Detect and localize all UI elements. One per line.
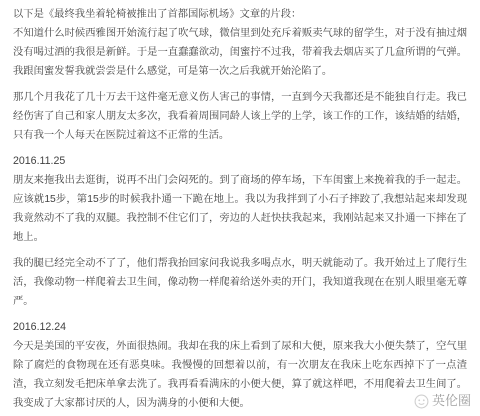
date-label-2016-11-25: 2016.11.25 bbox=[13, 152, 467, 171]
paragraph-christmas-eve: 今天是美国的平安夜，外面很热闹。我却在我的床上看到了尿和大便，原来我大小便失禁了… bbox=[13, 337, 467, 413]
paragraph-consequences: 那几个月我花了几十万去干这件毫无意义伤人害己的事情，一直到今天我都还是不能独自行… bbox=[13, 88, 467, 145]
paragraph-balloon-intro: 不知道什么时候西雅图开始流行起了吹气球，微信里到处充斥着贩卖气球的留学生，对于没… bbox=[13, 24, 467, 81]
article-page: 以下是《最终我坐着轮椅被推出了首都国际机场》文章的片段： 不知道什么时候西雅图开… bbox=[0, 0, 480, 416]
watermark-label: 英伦圈 bbox=[432, 393, 471, 409]
intro-line: 以下是《最终我坐着轮椅被推出了首都国际机场》文章的片段： bbox=[13, 5, 467, 24]
paragraph-crawling-life: 我的腿已经完全动不了了，他们帮我抬回家问我说我多喝点水，明天就能动了。我开始过上… bbox=[13, 254, 467, 311]
paragraph-mall-fall: 朋友来拖我出去逛街，说再不出门会闷死的。到了商场的停车场，下车闺蜜上来挽着我的手… bbox=[13, 171, 467, 247]
watermark: 英伦圈 bbox=[414, 393, 471, 409]
date-label-2016-12-24: 2016.12.24 bbox=[13, 318, 467, 337]
circle-logo-icon bbox=[414, 394, 429, 409]
